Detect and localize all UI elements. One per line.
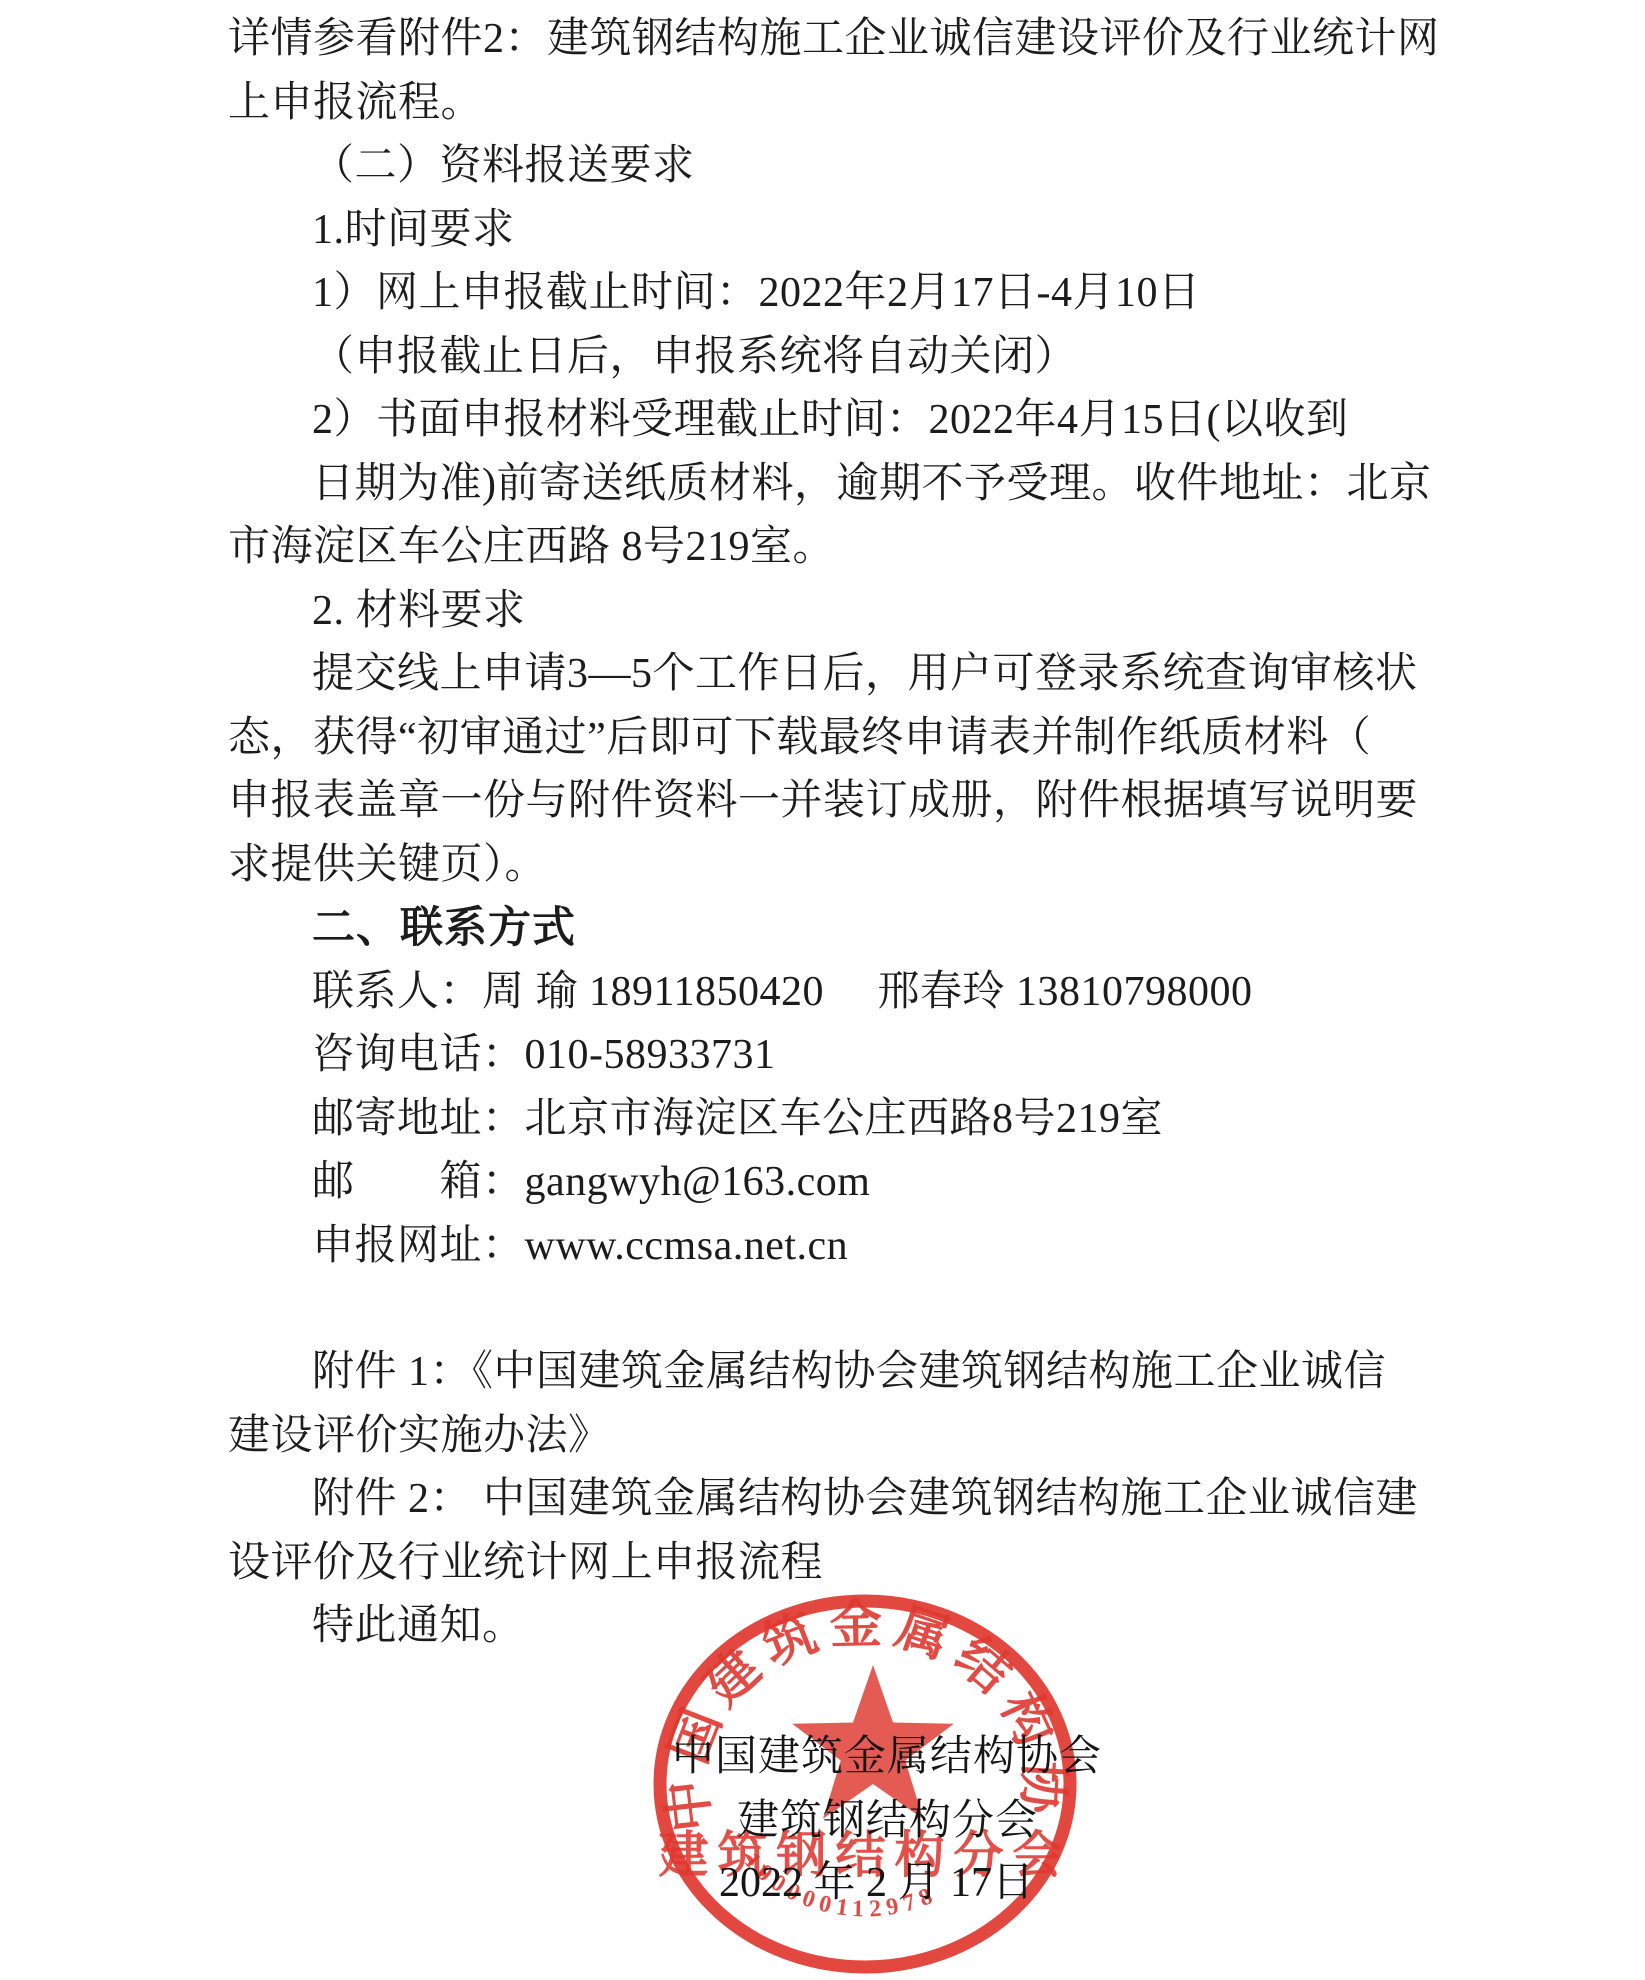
doc-line: 1）网上申报截止时间：2022年2月17日-4月10日 xyxy=(228,262,1445,326)
doc-line: 2. 材料要求 xyxy=(228,580,1445,644)
document-body: 详情参看附件2：建筑钢结构施工企业诚信建设评价及行业统计网 上申报流程。 （二）… xyxy=(0,0,1645,1659)
doc-line: 设评价及行业统计网上申报流程 xyxy=(228,1532,1445,1596)
doc-line: 日期为准)前寄送纸质材料，逾期不予受理。收件地址：北京 xyxy=(228,453,1445,517)
heading-contact: 二、联系方式 xyxy=(228,897,1445,961)
doc-line: 提交线上申请3—5个工作日后，用户可登录系统查询审核状 xyxy=(228,643,1445,707)
signature-org-name: 中国建筑金属结构协会 xyxy=(672,1734,1102,1780)
notice-page: 详情参看附件2：建筑钢结构施工企业诚信建设评价及行业统计网 上申报流程。 （二）… xyxy=(0,0,1645,1980)
official-seal: 中国建筑金属结构协会 建筑钢结构分会 100000112978 xyxy=(640,1592,1090,1980)
doc-line: 建设评价实施办法》 xyxy=(228,1405,1445,1469)
signature-date: 2022 年 2 月 17日 xyxy=(719,1860,1034,1906)
doc-line: 态，获得“初审通过”后即可下载最终申请表并制作纸质材料（ xyxy=(228,707,1445,771)
doc-line: 详情参看附件2：建筑钢结构施工企业诚信建设评价及行业统计网 xyxy=(228,8,1445,72)
contact-person-line: 联系人：周 瑜 18911850420 邢春玲 13810798000 xyxy=(228,961,1445,1025)
signature-branch-name: 建筑钢结构分会 xyxy=(737,1798,1038,1844)
doc-line: 1.时间要求 xyxy=(228,199,1445,263)
contact-phone-line: 咨询电话：010-58933731 xyxy=(228,1024,1445,1088)
attachment-1-line: 附件 1：《中国建筑金属结构协会建筑钢结构施工企业诚信 xyxy=(228,1341,1445,1405)
doc-line: 求提供关键页）。 xyxy=(228,834,1445,898)
doc-line: （二）资料报送要求 xyxy=(228,135,1445,199)
doc-line: 市海淀区车公庄西路 8号219室。 xyxy=(228,516,1445,580)
attachment-2-line: 附件 2： 中国建筑金属结构协会建筑钢结构施工企业诚信建 xyxy=(228,1468,1445,1532)
email-line: 邮 箱：gangwyh@163.com xyxy=(228,1151,1445,1215)
doc-line: 上申报流程。 xyxy=(228,72,1445,136)
doc-line: 2）书面申报材料受理截止时间：2022年4月15日(以收到 xyxy=(228,389,1445,453)
website-line: 申报网址：www.ccmsa.net.cn xyxy=(228,1215,1445,1279)
doc-line: （申报截止日后，申报系统将自动关闭） xyxy=(228,326,1445,390)
doc-line: 申报表盖章一份与附件资料一并装订成册，附件根据填写说明要 xyxy=(228,770,1445,834)
mail-address-line: 邮寄地址：北京市海淀区车公庄西路8号219室 xyxy=(228,1088,1445,1152)
